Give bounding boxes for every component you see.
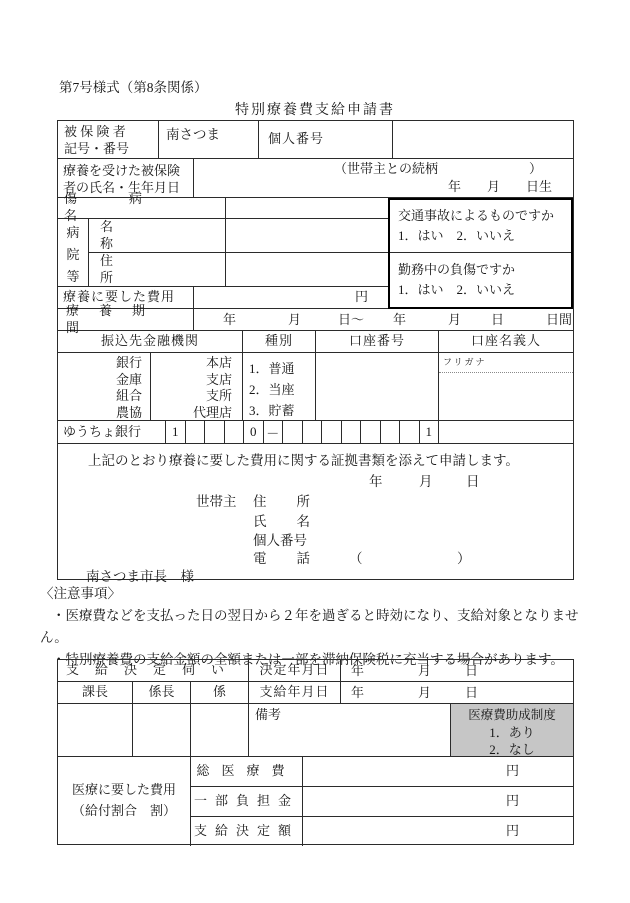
personal-number-value-field — [393, 121, 573, 159]
yucho-digit-cell: 1 — [420, 421, 440, 444]
institution-kumiai: 組合 — [58, 388, 142, 405]
payment-date-month: 月 — [418, 685, 431, 702]
yucho-digit-cell — [381, 421, 401, 444]
declaration-day-label: 日 — [466, 473, 480, 491]
insured-number-value: 南さつま — [159, 121, 259, 159]
payment-decision-amount-unit: 円 — [506, 823, 519, 840]
declaration-month-label: 月 — [419, 473, 433, 491]
notes-heading: 〈注意事項〉 — [40, 583, 592, 605]
work-injury-question: 勤務中の負傷ですか 1．はい 2．いいえ — [390, 253, 571, 300]
yucho-holder-field — [439, 421, 573, 444]
total-medical-cost-value-field: 円 — [303, 757, 573, 787]
insured-number-label: 被 保 険 者 記号・番号 — [58, 121, 159, 159]
account-type-options: 1．普通 2．当座 3．貯蓄 — [243, 353, 316, 421]
hospital-address-label: 住所 — [89, 253, 226, 287]
recipient-value-field: （世帯主との続柄 ） 年 月 日生 — [194, 159, 573, 198]
remarks-field: 備考 — [249, 704, 451, 757]
yucho-digit-cell — [361, 421, 381, 444]
medical-cost-label: 医療に要した費用 （給付割合 割） — [58, 757, 191, 846]
recipient-label-line1: 療養を受けた被保険 — [63, 162, 193, 179]
total-medical-cost-unit: 円 — [506, 763, 519, 780]
traffic-accident-question-text: 交通事故によるものですか — [398, 206, 571, 226]
injury-name-value-field — [226, 198, 388, 219]
care-cost-value-field: 円 — [194, 287, 388, 309]
injury-name-label: 傷病名 — [58, 198, 226, 219]
yucho-digit-cell — [400, 421, 420, 444]
payment-decision-amount-label: 支給決定額 — [191, 817, 303, 846]
personal-number-label: 個人番号 — [259, 121, 393, 159]
payment-date-year: 年 — [351, 685, 364, 702]
care-period-value-field: 年 月 日～ 年 月 日 日間 — [194, 309, 573, 331]
period-month-from: 月 — [288, 312, 301, 329]
medical-subsidy-title: 医療費助成制度 — [451, 707, 573, 724]
account-holder-field: フリガナ — [439, 353, 573, 421]
hospital-name-value-field — [226, 219, 388, 253]
hospital-group-char1: 病 — [58, 222, 88, 244]
bank-header-account-number: 口座番号 — [316, 331, 439, 353]
yucho-digit-cell — [186, 421, 206, 444]
declaration-statement: 上記のとおり療養に要した費用に関する証拠書類を添えて申請します。 — [88, 452, 519, 470]
remarks-label: 備考 — [255, 707, 281, 722]
yucho-digit-cell — [342, 421, 362, 444]
yucho-account-digit-boxes: 1 0 － 1 — [166, 421, 439, 444]
period-year-from: 年 — [223, 312, 236, 329]
medical-subsidy-option-ari: 1．あり — [451, 724, 573, 741]
insured-label-line1: 被 保 険 者 — [64, 123, 158, 140]
hospital-group-char2: 院 — [58, 244, 88, 266]
householder-label: 世帯主 — [196, 493, 237, 511]
decision-request-label: 支給決定伺い — [58, 660, 249, 682]
medical-cost-label-line1: 医療に要した費用 — [58, 779, 190, 800]
account-type-toza: 2．当座 — [249, 379, 315, 400]
hospital-group-char3: 等 — [58, 266, 88, 288]
page-title: 特別療養費支給申請書 — [0, 99, 630, 119]
insured-label-line2: 記号・番号 — [64, 140, 158, 157]
account-type-futsu: 1．普通 — [249, 358, 315, 379]
branch-shisho: 支所 — [151, 388, 232, 405]
approver-section-chief-label: 課長 — [58, 682, 133, 704]
bank-institution-options: 銀行 金庫 組合 農協 — [58, 353, 151, 421]
payment-date-value-field: 年 月 日 — [341, 682, 573, 704]
yucho-digit-cell: 0 — [244, 421, 264, 444]
stamp-cell-section-chief — [58, 704, 133, 757]
decision-date-value-field: 年 月 日 — [341, 660, 573, 682]
copayment-label: 一部負担金 — [191, 787, 303, 817]
payment-decision-amount-value-field: 円 — [303, 817, 573, 846]
payment-date-day: 日 — [465, 685, 478, 702]
branch-shiten: 支店 — [151, 372, 232, 389]
application-form-page: 第7号様式（第8条関係） 特別療養費支給申請書 被 保 険 者 記号・番号 南さ… — [0, 0, 630, 903]
declaration-block: 上記のとおり療養に要した費用に関する証拠書類を添えて申請します。 年 月 日 世… — [58, 444, 573, 579]
work-injury-question-text: 勤務中の負傷ですか — [398, 260, 571, 280]
approver-subsection-chief-label: 係長 — [133, 682, 191, 704]
total-medical-cost-label: 総医療費 — [191, 757, 303, 787]
branch-honten: 本店 — [151, 355, 232, 372]
householder-personal-number-label: 個人番号 — [253, 532, 307, 550]
traffic-accident-options: 1．はい 2．いいえ — [398, 226, 571, 246]
note-item-1: ・医療費などを支払った日の翌日から２年を過ぎると時効になり、支給対象となりません… — [40, 605, 592, 649]
stamp-cell-subsection-chief — [133, 704, 191, 757]
yucho-digit-cell — [205, 421, 225, 444]
yucho-digit-cell: 1 — [166, 421, 186, 444]
care-period-label: 療養期間 — [58, 309, 194, 331]
period-days-label: 日間 — [546, 312, 572, 329]
householder-phone-label: 電話 — [253, 550, 340, 568]
decision-date-label: 決定年月日 — [249, 660, 341, 682]
medical-subsidy-box: 医療費助成制度 1．あり 2．なし — [451, 704, 573, 757]
hospital-group-label: 病 院 等 — [58, 219, 89, 287]
institution-kinko: 金庫 — [58, 372, 142, 389]
householder-name-label: 氏名 — [253, 513, 340, 531]
period-day-from: 日～ — [338, 312, 364, 329]
householder-address-label: 住所 — [253, 493, 340, 511]
payment-date-label: 支給年月日 — [249, 682, 341, 704]
decision-date-year: 年 — [351, 663, 364, 680]
decision-date-day: 日 — [465, 663, 478, 680]
approver-staff-label: 係 — [191, 682, 249, 704]
account-type-chochiku: 3．貯蓄 — [249, 400, 315, 421]
main-form-table: 被 保 険 者 記号・番号 南さつま 個人番号 療養を受けた被保険 者の氏名・生… — [57, 120, 574, 580]
stamp-cell-staff — [191, 704, 249, 757]
form-number: 第7号様式（第8条関係） — [59, 76, 208, 96]
yucho-digit-cell — [225, 421, 245, 444]
hospital-name-label: 名称 — [89, 219, 226, 253]
institution-bank: 銀行 — [58, 355, 142, 372]
accident-question-box: 交通事故によるものですか 1．はい 2．いいえ 勤務中の負傷ですか 1．はい 2… — [388, 198, 573, 309]
householder-relation-label: （世帯主との続柄 ） — [334, 161, 542, 178]
medical-subsidy-option-nashi: 2．なし — [451, 741, 573, 758]
furigana-label: フリガナ — [439, 353, 573, 373]
payment-decision-table: 支給決定伺い 決定年月日 年 月 日 課長 係長 係 支給年月日 年 月 日 備… — [57, 659, 574, 845]
hospital-address-value-field — [226, 253, 388, 287]
yucho-digit-cell: － — [264, 421, 284, 444]
period-month-to: 月 — [448, 312, 461, 329]
care-cost-unit: 円 — [355, 289, 368, 306]
account-number-field — [316, 353, 439, 421]
yucho-digit-cell — [283, 421, 303, 444]
bank-header-account-holder: 口座名義人 — [439, 331, 573, 353]
declaration-year-label: 年 — [369, 473, 383, 491]
bank-header-institution: 振込先金融機関 — [58, 331, 243, 353]
institution-nokyo: 農協 — [58, 405, 142, 422]
decision-date-month: 月 — [418, 663, 431, 680]
copayment-unit: 円 — [506, 793, 519, 810]
birthdate-label: 年 月 日生 — [448, 179, 552, 196]
notes-section: 〈注意事項〉 ・医療費などを支払った日の翌日から２年を過ぎると時効になり、支給対… — [40, 583, 592, 671]
yucho-digit-cell — [322, 421, 342, 444]
bank-header-account-type: 種別 — [243, 331, 316, 353]
traffic-accident-question: 交通事故によるものですか 1．はい 2．いいえ — [390, 200, 571, 253]
work-injury-options: 1．はい 2．いいえ — [398, 280, 571, 300]
phone-parentheses: （ ） — [349, 550, 471, 568]
copayment-value-field: 円 — [303, 787, 573, 817]
yucho-digit-cell — [303, 421, 323, 444]
medical-cost-label-line2: （給付割合 割） — [58, 800, 190, 821]
period-year-to: 年 — [393, 312, 406, 329]
period-day-to: 日 — [491, 312, 504, 329]
yucho-bank-label: ゆうちょ銀行 — [58, 421, 166, 444]
branch-dairiten: 代理店 — [151, 405, 232, 422]
bank-branch-options: 本店 支店 支所 代理店 — [151, 353, 243, 421]
